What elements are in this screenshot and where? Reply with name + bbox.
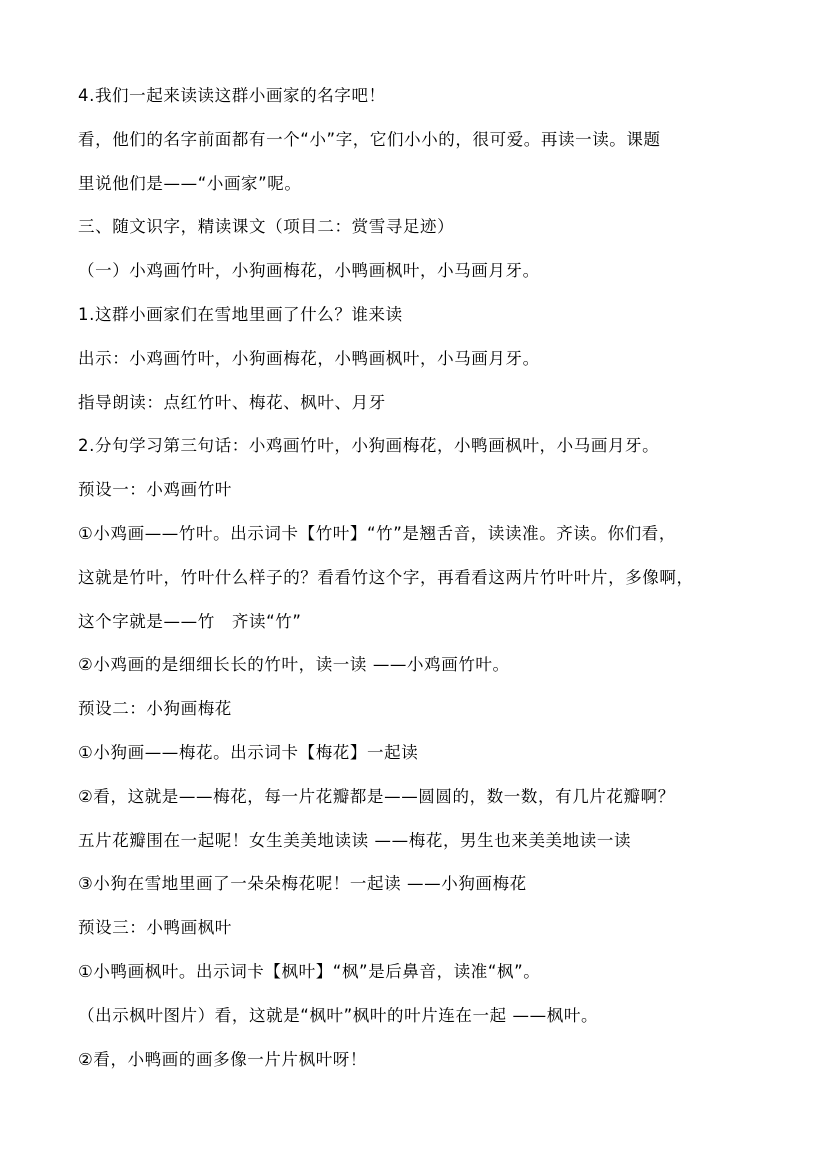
text-line: 指导朗读：点红竹叶、梅花、枫叶、月牙: [78, 391, 778, 435]
preset-heading: 预设一：小鸡画竹叶: [78, 478, 778, 522]
document-page: 4.我们一起来读读这群小画家的名字吧！ 看，他们的名字前面都有一个“小”字，它们…: [78, 84, 778, 1091]
preset-heading: 预设二：小狗画梅花: [78, 697, 778, 741]
text-line: 这就是竹叶，竹叶什么样子的？看看竹这个字，再看看这两片竹叶叶片，多像啊，: [78, 566, 778, 610]
text-line: 五片花瓣围在一起呢！女生美美地读读 ——梅花，男生也来美美地读一读: [78, 829, 778, 873]
text-line: 里说他们是——“小画家”呢。: [78, 172, 778, 216]
section-heading: 三、随文识字，精读课文（项目二：赏雪寻足迹）: [78, 215, 778, 259]
text-line: ②看，这就是——梅花，每一片花瓣都是——圆圆的，数一数，有几片花瓣啊？: [78, 785, 778, 829]
text-line: 4.我们一起来读读这群小画家的名字吧！: [78, 84, 778, 128]
text-line: ③小狗在雪地里画了一朵朵梅花呢！一起读 ——小狗画梅花: [78, 872, 778, 916]
text-line: 1.这群小画家们在雪地里画了什么？谁来读: [78, 303, 778, 347]
subsection-heading: （一）小鸡画竹叶，小狗画梅花，小鸭画枫叶，小马画月牙。: [78, 259, 778, 303]
text-line: ①小鸡画——竹叶。出示词卡【竹叶】“竹”是翘舌音，读读准。齐读。你们看，: [78, 522, 778, 566]
text-line: ①小狗画——梅花。出示词卡【梅花】一起读: [78, 741, 778, 785]
text-line: ①小鸭画枫叶。出示词卡【枫叶】“枫”是后鼻音，读准“枫”。: [78, 960, 778, 1004]
text-line: 看，他们的名字前面都有一个“小”字，它们小小的，很可爱。再读一读。课题: [78, 128, 778, 172]
text-line: 2.分句学习第三句话：小鸡画竹叶，小狗画梅花，小鸭画枫叶，小马画月牙。: [78, 434, 778, 478]
preset-heading: 预设三：小鸭画枫叶: [78, 916, 778, 960]
text-line: 这个字就是——竹 齐读“竹”: [78, 610, 778, 654]
text-line: ②小鸡画的是细细长长的竹叶，读一读 ——小鸡画竹叶。: [78, 653, 778, 697]
text-line: ②看，小鸭画的画多像一片片枫叶呀！: [78, 1048, 778, 1092]
text-line: 出示：小鸡画竹叶，小狗画梅花，小鸭画枫叶，小马画月牙。: [78, 347, 778, 391]
text-line: （出示枫叶图片）看，这就是“枫叶”枫叶的叶片连在一起 ——枫叶。: [78, 1004, 778, 1048]
